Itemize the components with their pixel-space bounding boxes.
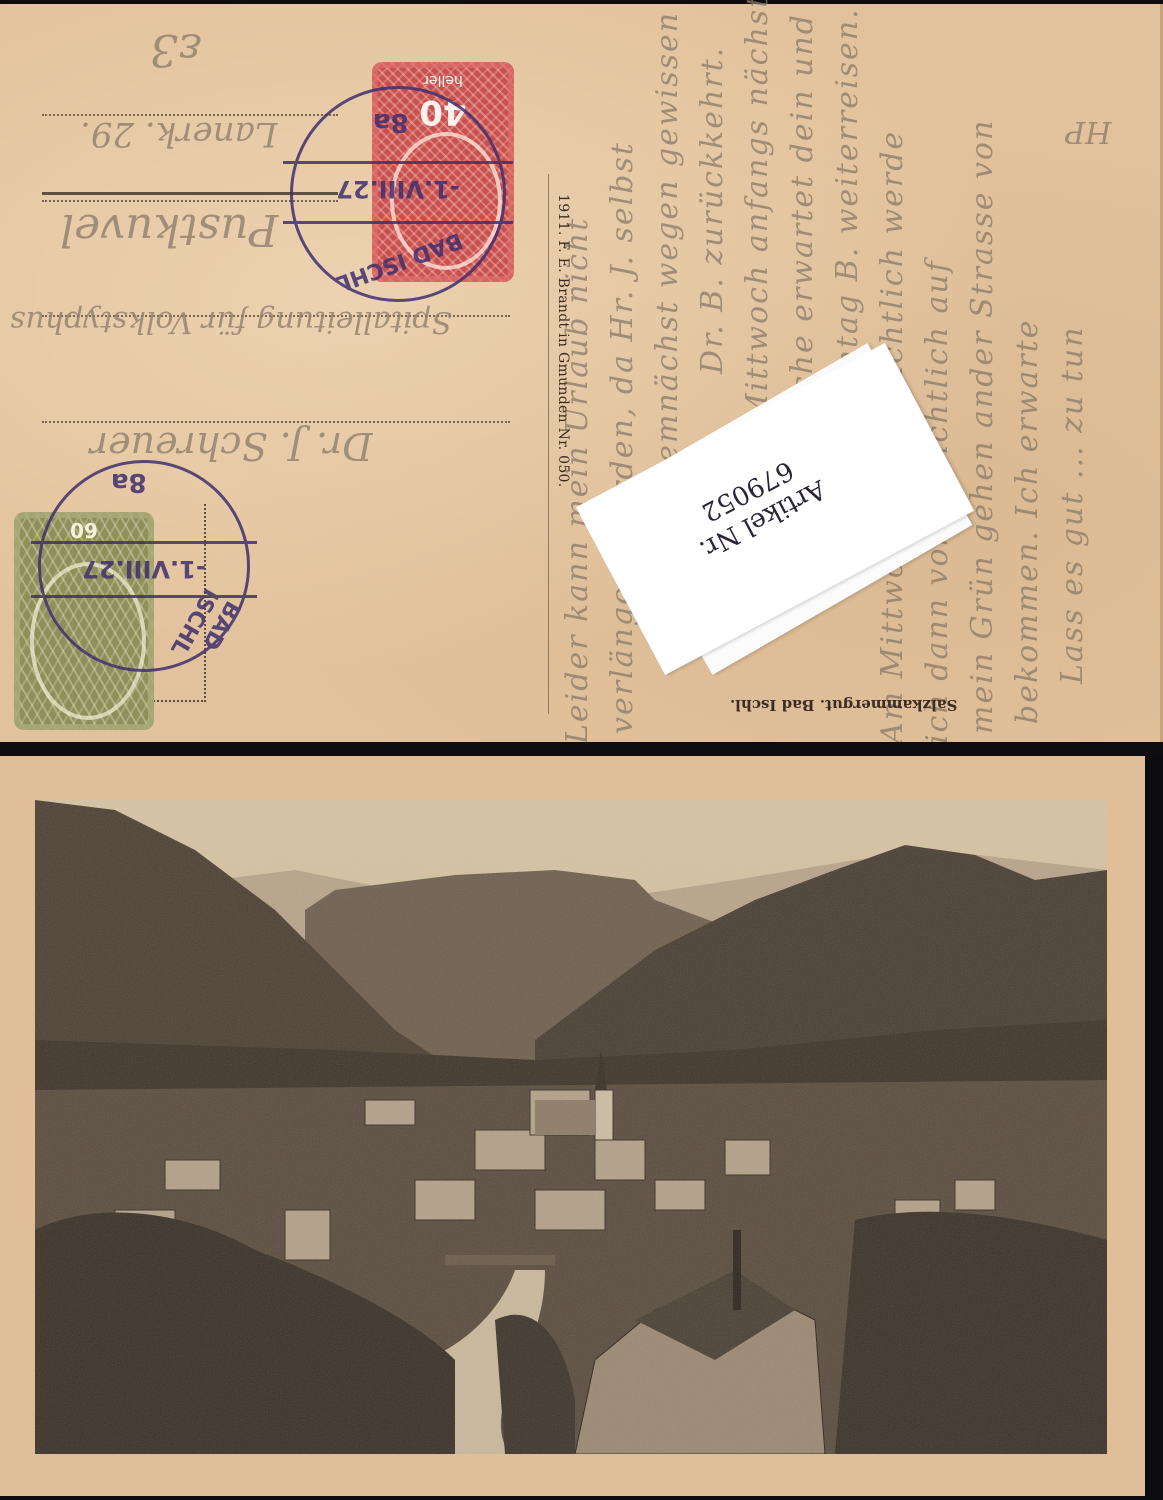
handwriting-message: Lass es gut ... zu tun: [1055, 224, 1090, 684]
handwriting-message: ich dann voraussichtlich auf: [920, 64, 955, 744]
postmark-date: -1.VIII.27: [41, 555, 247, 583]
bad-ischl-photo: [35, 800, 1107, 1454]
postmark-circle: -1.VIII.27 8a BAD ISCHL: [290, 86, 506, 302]
postcard-front: [0, 756, 1145, 1496]
handwriting-corner-mark: ε3: [150, 24, 202, 75]
postmark-town: BAD ISCHL: [333, 227, 466, 296]
handwriting-message: bekommen. Ich erwarte: [1010, 124, 1045, 724]
address-line: [42, 421, 510, 423]
card-separator: [0, 742, 1163, 756]
postmark-date: -1.VIII.27: [293, 175, 503, 203]
handwriting-message: Dr. B. zurückkehrt.: [695, 74, 730, 374]
postcard-back: Lanerk. 29. Pustkuvel Spitalleitung für …: [0, 4, 1163, 742]
postmark-circle: -1.VIII.27 8a BAD ISCHL: [38, 460, 250, 672]
photo-caption: Salzkammergut. Bad Ischl.: [730, 696, 957, 714]
handwriting-message: mein Grün gehen ander Strasse von: [965, 44, 1000, 734]
handwriting-corner-mark: HP: [1065, 114, 1111, 149]
publisher-line: 1911. F. E. Brandt in Gmunden Nr. 050.: [555, 194, 571, 488]
vertical-divider: [548, 174, 549, 714]
postmark-bar: [283, 161, 513, 164]
article-number-text: Artikel Nr. 679052: [679, 444, 831, 565]
handwriting-address: Pustkuvel: [60, 204, 278, 255]
handwriting-address: Spitalleitung für Volkstyphus: [10, 304, 452, 339]
landscape-illustration: [35, 800, 1107, 1454]
postmark-bar: [283, 221, 513, 224]
handwriting-address: Lanerk. 29.: [80, 114, 277, 154]
handwriting-message: Mittwoch anfangs nächster: [740, 64, 775, 424]
handwriting-message: demnächst wegen gewissen: [650, 84, 685, 484]
postmark-bar: [31, 541, 257, 544]
postmark-code: 8a: [111, 467, 147, 497]
postmark-code: 8a: [373, 107, 409, 137]
